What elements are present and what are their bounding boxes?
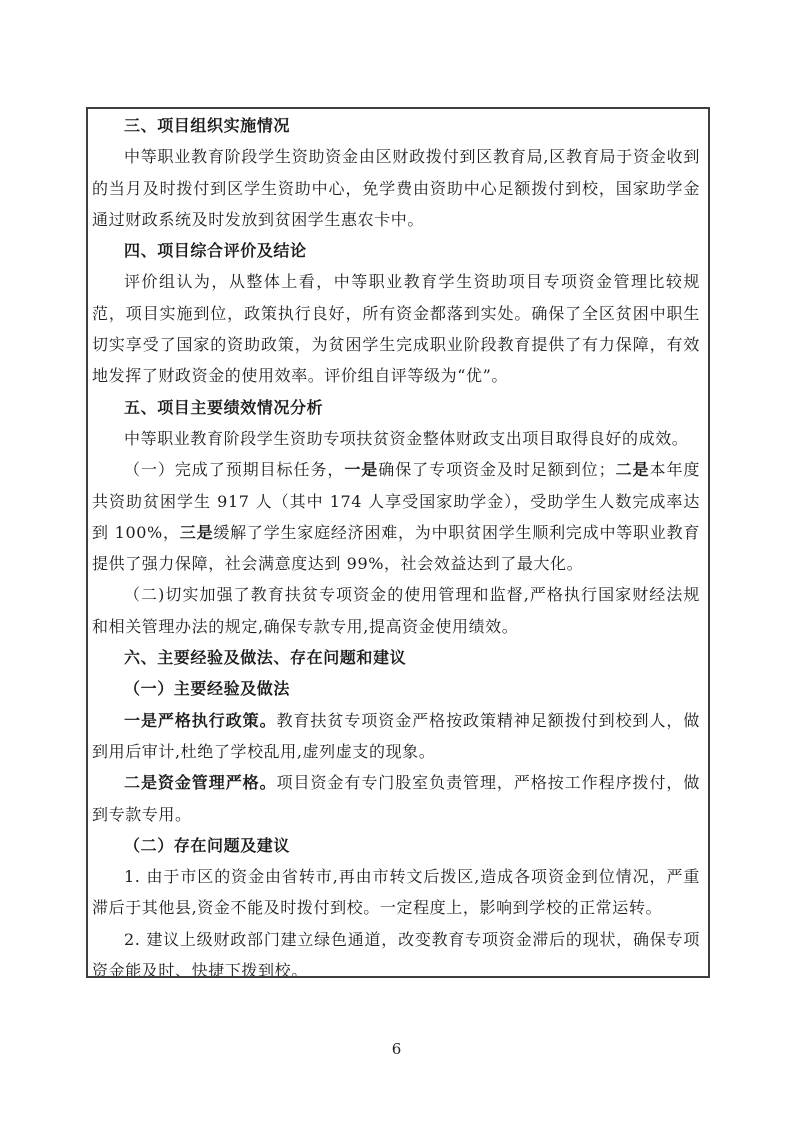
subsection-heading-main-experience: （一）主要经验及做法 [92,673,700,704]
paragraph-strict-policy: 一是严格执行政策。教育扶贫专项资金严格按政策精神足额拨付到校到人，做到用后审计,… [92,705,700,768]
paragraph-implementation-detail: 中等职业教育阶段学生资助资金由区财政拨付到区教育局,区教育局于资金收到的当月及时… [92,141,700,235]
report-text-frame: 三、项目组织实施情况 中等职业教育阶段学生资助资金由区财政拨付到区教育局,区教育… [86,107,710,978]
section-heading-project-implementation: 三、项目组织实施情况 [92,110,700,141]
text-run: （二)切实加强了教育扶贫专项资金的使用管理和监督,严格执行国家财经法规和相关管理… [92,585,700,635]
subsection-heading-problems-suggestions: （二）存在问题及建议 [92,830,700,861]
text-run-bold: 一是 [344,460,378,479]
text-run-bold: 二是资金管理严格。 [124,773,277,792]
text-run: 确保了专项资金及时足额到位； [378,460,615,479]
paragraph-fund-supervision: （二)切实加强了教育扶贫专项资金的使用管理和监督,严格执行国家财经法规和相关管理… [92,579,700,642]
text-run-bold: 二是 [615,460,649,479]
section-heading-performance-analysis: 五、项目主要绩效情况分析 [92,392,700,423]
page-number: 6 [0,1040,793,1058]
section-heading-overall-evaluation: 四、项目综合评价及结论 [92,235,700,266]
text-run: 1. 由于市区的资金由省转市,再由市转文后拨区,造成各项资金到位情况，严重滞后于… [92,867,700,917]
text-run: 中等职业教育阶段学生资助资金由区财政拨付到区教育局,区教育局于资金收到的当月及时… [92,147,700,229]
section-heading-experience-problems-suggestions: 六、主要经验及做法、存在问题和建议 [92,642,700,673]
text-run-bold: 三是 [180,523,214,542]
paragraph-performance-summary: 中等职业教育阶段学生资助专项扶贫资金整体财政支出项目取得良好的成效。 [92,423,700,454]
text-run-bold: 一是严格执行政策。 [124,711,277,730]
document-page: 三、项目组织实施情况 中等职业教育阶段学生资助资金由区财政拨付到区教育局,区教育… [0,0,793,1122]
paragraph-evaluation-conclusion: 评价组认为，从整体上看，中等职业教育学生资助项目专项资金管理比较规范，项目实施到… [92,266,700,391]
paragraph-goal-achievements: （一）完成了预期目标任务，一是确保了专项资金及时足额到位；二是本年度共资助贫困学… [92,454,700,579]
text-run: 2. 建议上级财政部门建立绿色通道，改变教育专项资金滞后的现状，确保专项资金能及… [92,930,700,978]
paragraph-suggestion-green-channel: 2. 建议上级财政部门建立绿色通道，改变教育专项资金滞后的现状，确保专项资金能及… [92,924,700,978]
text-run: 中等职业教育阶段学生资助专项扶贫资金整体财政支出项目取得良好的成效。 [124,429,688,448]
paragraph-problem-fund-delay: 1. 由于市区的资金由省转市,再由市转文后拨区,造成各项资金到位情况，严重滞后于… [92,861,700,924]
text-run: 评价组认为，从整体上看，中等职业教育学生资助项目专项资金管理比较规范，项目实施到… [92,272,700,385]
paragraph-strict-fund-management: 二是资金管理严格。项目资金有专门股室负责管理，严格按工作程序拨付，做到专款专用。 [92,767,700,830]
text-run: （一）完成了预期目标任务， [124,460,344,479]
